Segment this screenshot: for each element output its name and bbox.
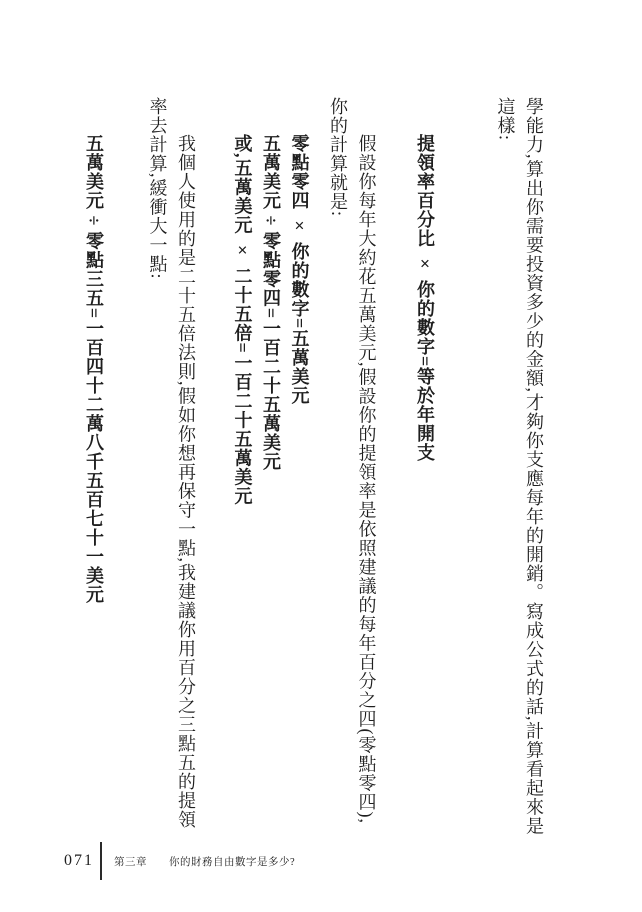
footer-divider <box>100 842 102 880</box>
chapter-label: 第三章 <box>114 854 147 869</box>
equation-line-1: 零點零四 × 你的數字=五萬美元 <box>285 97 314 838</box>
equation-line-2: 五萬美元 ÷ 零點零四=一百二十五萬美元 <box>257 97 286 838</box>
page-footer: 071 第三章 你的財務自由數字是多少? <box>64 841 295 881</box>
book-page: 學能力,算出你需要投資多少的金額,才夠你支應每年的開銷。寫成公式的話,計算看起來… <box>0 0 642 912</box>
equation-conservative: 五萬美元 ÷ 零點三五=一百四十二萬八千五百七十一美元 <box>80 97 109 838</box>
paragraph-assumption: 假設你每年大約花五萬美元,假設你的提領率是依照建議的每年百分之四(零點零四),你… <box>324 97 381 838</box>
equation-line-3: 或,五萬美元 × 二十五倍=一百二十五萬美元 <box>228 97 257 838</box>
paragraph-intro: 學能力,算出你需要投資多少的金額,才夠你支應每年的開銷。寫成公式的話,計算看起來… <box>491 97 548 838</box>
chapter-title: 你的財務自由數字是多少? <box>169 854 295 869</box>
formula-heading: 提領率百分比 × 你的數字=等於年開支 <box>411 97 440 838</box>
vertical-text-block: 學能力,算出你需要投資多少的金額,才夠你支應每年的開銷。寫成公式的話,計算看起來… <box>78 97 548 838</box>
page-number: 071 <box>64 852 94 870</box>
paragraph-personal-rule: 我個人使用的是二十五倍法則,假如你想再保守一點,我建議你用百分之三點五的提領率去… <box>143 97 200 838</box>
